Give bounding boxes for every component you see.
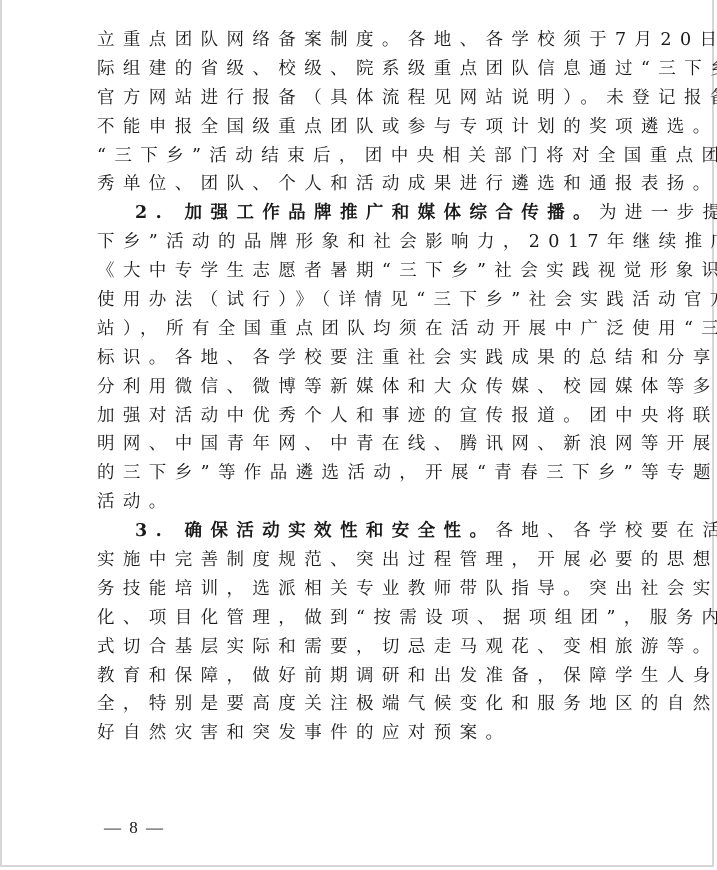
text-line: 官方网站进行报备（具体流程见网站说明）。未登记报备的团队，	[97, 84, 627, 113]
text-line: 《大中专学生志愿者暑期“三下乡”社会实践视觉形象识别系统	[97, 257, 627, 286]
text-line: 的三下乡”等作品遴选活动，开展“青春三下乡”等专题线上	[97, 459, 627, 488]
text-line: 不能申报全国级重点团队或参与专项计划的奖项遴选。2017年	[97, 113, 627, 142]
section-2-first-line: 2. 加强工作品牌推广和媒体综合传播。为进一步提升“三	[97, 199, 627, 228]
page-number: — 8 —	[104, 818, 165, 838]
section-2-heading: 2. 加强工作品牌推广和媒体综合传播。	[135, 203, 599, 223]
text-line: 使用办法（试行）》（详情见“三下乡”社会实践活动官方网	[97, 286, 627, 315]
section-3-first-line: 3. 确保活动实效性和安全性。各地、各学校要在活动组织	[97, 517, 627, 546]
text-line: 务技能培训，选派相关专业教师带队指导。突出社会实践的基地	[97, 575, 627, 604]
text-line: 站），所有全国重点团队均须在活动开展中广泛使用“三下乡”	[97, 315, 627, 344]
text-line: 际组建的省级、校级、院系级重点团队信息通过“三下乡”活动	[97, 55, 627, 84]
text-line: 明网、中国青年网、中青在线、腾讯网、新浪网等开展“镜头中	[97, 430, 627, 459]
text-line: 教育和保障，做好前期调研和出发准备，保障学生人身和财产安	[97, 662, 627, 691]
text-line: 全，特别是要高度关注极端气候变化和服务地区的自然条件，做	[97, 690, 627, 719]
document-page: 立重点团队网络备案制度。各地、各学校须于7月20日前，将实 际组建的省级、校级、…	[0, 0, 714, 867]
text-line: 活动。	[97, 488, 627, 517]
text-line: 实施中完善制度规范、突出过程管理，开展必要的思想作风和服	[97, 546, 627, 575]
section-2-first-line-text: 为进一步提升“三	[599, 203, 717, 223]
section-3-heading: 3. 确保活动实效性和安全性。	[135, 521, 495, 541]
text-line: 加强对活动中优秀个人和事迹的宣传报道。团中央将联合中国文	[97, 402, 627, 431]
text-line: 秀单位、团队、个人和活动成果进行遴选和通报表扬。	[97, 170, 627, 199]
text-line: 式切合基层实际和需要，切忌走马观花、变相旅游等。加强安全	[97, 633, 627, 662]
text-line: 标识。各地、各学校要注重社会实践成果的总结和分享传播，充	[97, 344, 627, 373]
text-line: 化、项目化管理，做到“按需设项、据项组团”，服务内容和形	[97, 604, 627, 633]
text-line: 好自然灾害和突发事件的应对预案。	[97, 719, 627, 748]
section-3-first-line-text: 各地、各学校要在活动组织	[495, 521, 717, 541]
text-line: 下乡”活动的品牌形象和社会影响力，2017年继续推广实施	[97, 228, 627, 257]
text-line: 分利用微信、微博等新媒体和大众传媒、校园媒体等多种形式，	[97, 373, 627, 402]
text-line: 立重点团队网络备案制度。各地、各学校须于7月20日前，将实	[97, 26, 627, 55]
document-body: 立重点团队网络备案制度。各地、各学校须于7月20日前，将实 际组建的省级、校级、…	[97, 26, 627, 748]
text-line: “三下乡”活动结束后，团中央相关部门将对全国重点团队中的优	[97, 142, 627, 171]
